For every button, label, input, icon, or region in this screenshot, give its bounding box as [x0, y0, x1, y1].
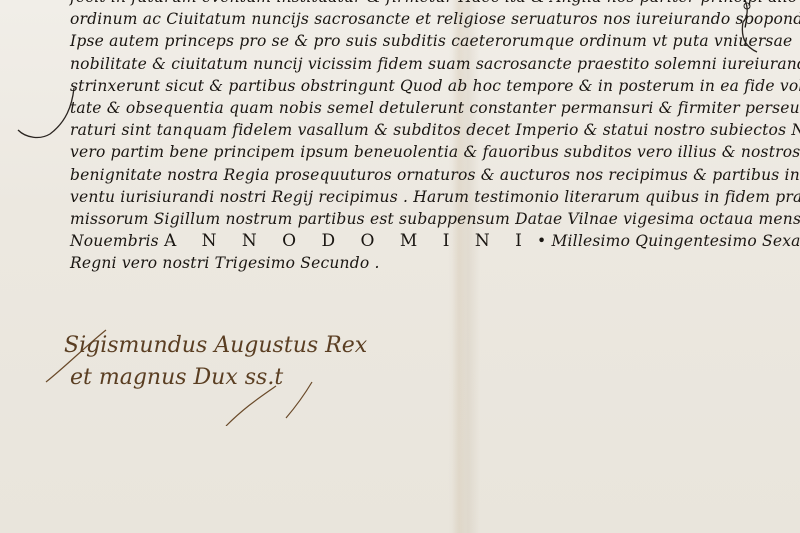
royal-signature: Sigismundus Augustus Rex et magnus Dux s… [64, 330, 367, 394]
text-line: tate & obsequentia quam nobis semel detu… [70, 97, 770, 119]
text-line: missorum Sigillum nostrum partibus est s… [70, 208, 770, 230]
date-line-month: Nouembris [70, 232, 159, 250]
text-line: nobilitate & ciuitatum nuncij vicissim f… [70, 53, 770, 75]
text-line: Regni vero nostri Trigesimo Secundo . [70, 252, 770, 274]
text-line: strinxerunt sicut & partibus obstringunt… [70, 75, 770, 97]
text-line: Ipse autem princeps pro se & pro suis su… [70, 30, 770, 52]
anno-domini: A N N O D O M I N I [164, 231, 532, 251]
signature-line-2: et magnus Dux ss.t [64, 362, 367, 394]
signature-line-1: Sigismundus Augustus Rex [64, 330, 367, 362]
date-line: Nouembris A N N O D O M I N I • Millesim… [70, 230, 770, 252]
text-line: ordinum ac Ciuitatum nuncijs sacrosancte… [70, 8, 770, 30]
text-line: raturi sint tanquam fidelem vasallum & s… [70, 119, 770, 141]
text-line: benignitate nostra Regia prosequuturos o… [70, 164, 770, 186]
charter-body-text: fecit in futurum eventum instituatur & f… [70, 0, 770, 275]
text-line: fecit in futurum eventum instituatur & f… [70, 0, 770, 8]
date-line-year: • Millesimo Quingentesimo Sexagesimo Pri… [537, 232, 800, 250]
text-line: vero partim bene principem ipsum beneuol… [70, 141, 770, 163]
text-line: ventu iurisiurandi nostri Regij recipimu… [70, 186, 770, 208]
